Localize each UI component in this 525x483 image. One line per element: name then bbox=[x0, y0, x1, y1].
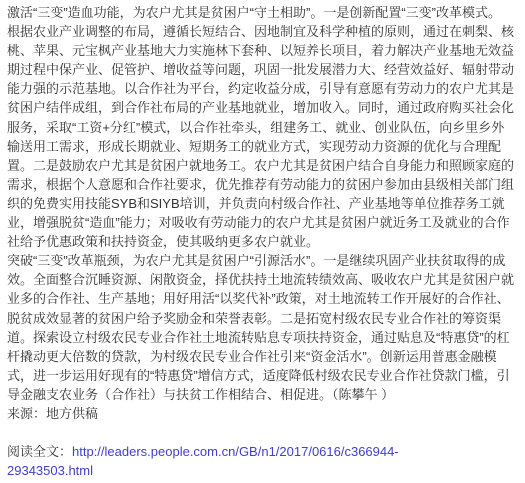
text-line: 置。二是鼓励农户尤其是贫困户就地务工。农户尤其是贫困户结合自身能力和照顾家庭的 bbox=[7, 156, 519, 175]
text-line: 输送用工需求，形成长期就业、短期务工的就业方式，实现劳动力资源的优化与合理配 bbox=[7, 137, 519, 156]
text-line: 业，增强脱贫“造血”能力；对吸收有劳动能力的农户尤其是贫困户就近务工及就业的合作 bbox=[7, 213, 519, 232]
text-line: 激活“三变”造血功能，为农户尤其是贫困户“守土相助”。一是创新配置“三变”改革模… bbox=[7, 3, 519, 22]
text-line: 脱贫成效显著的贫困户给予奖励金和荣誉表彰。二是拓宽村级农民专业合作社的筹资渠 bbox=[7, 309, 519, 328]
text-line: 服务，采取“工资+分红”模式，以合作社牵头，组建务工、就业、创业队伍，向乡里乡外 bbox=[7, 118, 519, 137]
read-more-line: 阅读全文：http://leaders.people.com.cn/GB/n1/… bbox=[7, 442, 519, 461]
text-line: 业多的合作社、生产基地；用好用活“以奖代补”政策，对土地流转工作开展好的合作社、 bbox=[7, 289, 519, 308]
article-link[interactable]: http://leaders.people.com.cn/GB/n1/2017/… bbox=[72, 444, 399, 459]
read-more-label: 阅读全文： bbox=[7, 444, 72, 459]
article-body: 激活“三变”造血功能，为农户尤其是贫困户“守土相助”。一是创新配置“三变”改革模… bbox=[0, 0, 525, 480]
read-more-line-wrap: 29343503.html bbox=[7, 461, 519, 480]
text-line: 桃、苹果、元宝枫产业基地大力实施林下套种、以短养长项目，着力解决产业基地无效益 bbox=[7, 41, 519, 60]
text-line: 式，进一步运用好现有的“特惠贷”增信方式，适度降低村级农民专业合作社贷款门槛，引 bbox=[7, 366, 519, 385]
text-line: 突破“三变”改革瓶颈，为农户尤其是贫困户“引源活水”。一是继续巩固产业扶贫取得的… bbox=[7, 251, 519, 270]
blank-line bbox=[7, 423, 519, 442]
text-line: 期过程中保产业、促管护、增收益等问题，巩固一批发展潜力大、经营效益好、辐射带动 bbox=[7, 60, 519, 79]
article-link-continued[interactable]: 29343503.html bbox=[7, 463, 93, 478]
byline-line: 导金融支农业务（合作社）与扶贫工作相结合、相促进。（陈攀午 ） bbox=[7, 385, 519, 404]
source-line: 来源：地方供稿 bbox=[7, 404, 519, 423]
text-line: 贫困户结伴成组，到合作社布局的产业基地就业，增加收入。同时，通过政府购买社会化 bbox=[7, 98, 519, 117]
text-line: 需求，根据个人意愿和合作社要求，优先推荐有劳动能力的贫困户参加由县级相关部门组 bbox=[7, 175, 519, 194]
text-line: 效。全面整合沉睡资源、闲散资金，择优扶持土地流转绩效高、吸收农户尤其是贫困户就 bbox=[7, 270, 519, 289]
text-line: 社给予优惠政策和扶持资金，使其吸纳更多农户就业。 bbox=[7, 232, 519, 251]
text-line: 杆撬动更大倍数的贷款，为村级农民专业合作社引来“资金活水”。创新运用普惠金融模 bbox=[7, 347, 519, 366]
text-line: 织的免费实用技能SYB和SIYB培训，并负责向村级合作社、产业基地等单位推荐务工… bbox=[7, 194, 519, 213]
text-line: 根据农业产业调整的布局，遵循长短结合、因地制宜及科学种植的原则，通过在刺梨、核 bbox=[7, 22, 519, 41]
text-line: 道。探索设立村级农民专业合作社土地流转贴息专项扶持资金，通过贴息及“特惠贷”的杠 bbox=[7, 328, 519, 347]
text-line: 能力强的示范基地。以合作社为平台，约定收益分成，引导有意愿有劳动力的农户尤其是 bbox=[7, 79, 519, 98]
